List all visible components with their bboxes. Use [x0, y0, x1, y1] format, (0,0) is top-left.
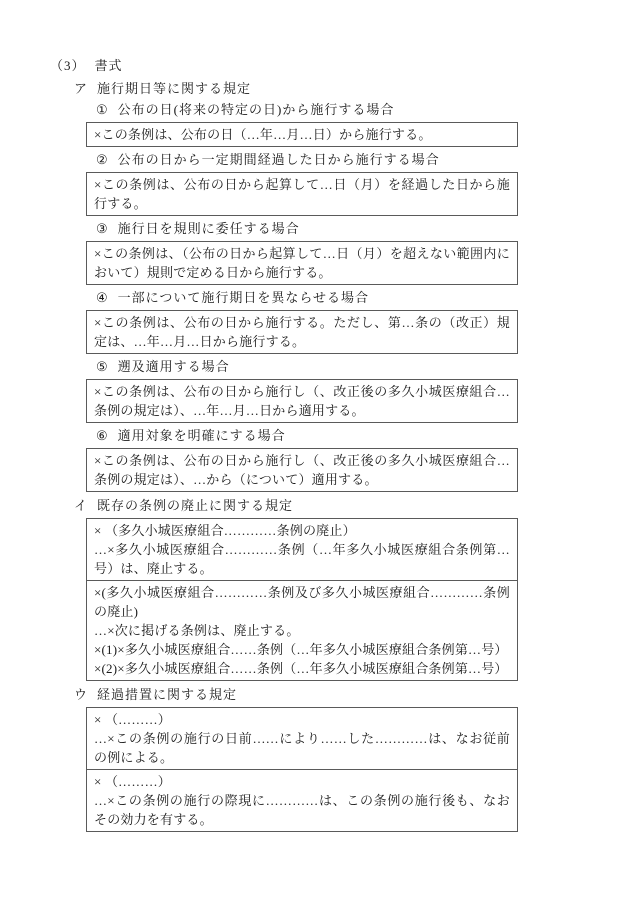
box-text-line: ×(1)×多久小城医療組合……条例（…年多久小城医療組合条例第…号） [94, 640, 510, 659]
box-text-line: …×多久小城医療組合…………条例（…年多久小城医療組合条例第…号）は、廃止する。 [94, 540, 510, 578]
page-title: （3）書式 [50, 57, 580, 75]
section-u-example-box: × （………） …×この条例の施行の日前……により……した…………は、なお従前の… [86, 707, 518, 832]
section-u-cell-1: × （………） …×この条例の施行の日前……により……した…………は、なお従前の… [87, 708, 517, 769]
item-4-example-text: ×この条例は、公布の日から施行する。ただし、第…条の（改正）規定は、…年…月…日… [94, 313, 510, 351]
item-6-example-box: ×この条例は、公布の日から施行し（、改正後の多久小城医療組合…条例の規定は）、…… [86, 448, 518, 492]
box-text-line: × （………） [94, 710, 510, 729]
item-2-number: ② [96, 152, 109, 167]
section-i-cell-1: × （多久小城医療組合…………条例の廃止） …×多久小城医療組合…………条例（…… [87, 519, 517, 580]
item-4-example-box: ×この条例は、公布の日から施行する。ただし、第…条の（改正）規定は、…年…月…日… [86, 310, 518, 354]
item-1-heading: ①公布の日(将来の特定の日)から施行する場合 [96, 102, 580, 118]
section-u-heading: ウ経過措置に関する規定 [74, 687, 580, 703]
section-i-label: イ [74, 498, 88, 513]
item-3-example-box: ×この条例は、（公布の日から起算して…日（月）を超えない範囲内において）規則で定… [86, 241, 518, 285]
section-i-cell-2: ×(多久小城医療組合…………条例及び多久小城医療組合…………条例の廃止) …×次… [87, 580, 517, 680]
item-1-number: ① [96, 102, 109, 117]
item-5-heading: ⑤遡及適用する場合 [96, 359, 580, 375]
item-3-title: 施行日を規則に委任する場合 [118, 221, 300, 236]
section-u-cell-2: × （………） …×この条例の施行の際現に…………は、この条例の施行後も、なおそ… [87, 769, 517, 831]
item-1-example-box: ×この条例は、公布の日（…年…月…日）から施行する。 [86, 122, 518, 147]
item-3-example-text: ×この条例は、（公布の日から起算して…日（月）を超えない範囲内において）規則で定… [94, 244, 510, 282]
document-page: （3）書式 ア施行期日等に関する規定 ①公布の日(将来の特定の日)から施行する場… [0, 0, 630, 903]
section-a-label: ア [74, 81, 88, 96]
section-i-heading: イ既存の条例の廃止に関する規定 [74, 498, 580, 514]
section-a-heading: ア施行期日等に関する規定 [74, 81, 580, 97]
item-6-title: 適用対象を明確にする場合 [118, 428, 286, 443]
item-6-example-text: ×この条例は、公布の日から施行し（、改正後の多久小城医療組合…条例の規定は）、…… [94, 451, 510, 489]
item-4-number: ④ [96, 290, 109, 305]
section-u-label: ウ [74, 687, 88, 702]
item-3-heading: ③施行日を規則に委任する場合 [96, 221, 580, 237]
item-2-example-text: ×この条例は、公布の日から起算して…日（月）を経過した日から施行する。 [94, 175, 510, 213]
item-5-example-box: ×この条例は、公布の日から施行し（、改正後の多久小城医療組合…条例の規定は）、…… [86, 379, 518, 423]
box-text-line: × （………） [94, 772, 510, 791]
item-6-heading: ⑥適用対象を明確にする場合 [96, 428, 580, 444]
item-5-example-text: ×この条例は、公布の日から施行し（、改正後の多久小城医療組合…条例の規定は）、…… [94, 382, 510, 420]
item-6-number: ⑥ [96, 428, 109, 443]
page-title-text: 書式 [95, 58, 123, 73]
box-text-line: ×(2)×多久小城医療組合……条例（…年多久小城医療組合条例第…号） [94, 659, 510, 678]
box-text-line: …×次に掲げる条例は、廃止する。 [94, 621, 510, 640]
section-i-title: 既存の条例の廃止に関する規定 [97, 498, 293, 513]
item-5-title: 遡及適用する場合 [118, 359, 230, 374]
box-text-line: …×この条例の施行の日前……により……した…………は、なお従前の例による。 [94, 729, 510, 767]
item-2-title: 公布の日から一定期間経過した日から施行する場合 [118, 152, 440, 167]
box-text-line: ×(多久小城医療組合…………条例及び多久小城医療組合…………条例の廃止) [94, 583, 510, 621]
box-text-line: × （多久小城医療組合…………条例の廃止） [94, 521, 510, 540]
section-i-example-box: × （多久小城医療組合…………条例の廃止） …×多久小城医療組合…………条例（…… [86, 518, 518, 681]
page-title-number: （3） [50, 58, 86, 73]
section-u-title: 経過措置に関する規定 [97, 687, 237, 702]
item-2-example-box: ×この条例は、公布の日から起算して…日（月）を経過した日から施行する。 [86, 172, 518, 216]
box-text-line: …×この条例の施行の際現に…………は、この条例の施行後も、なおその効力を有する。 [94, 791, 510, 829]
item-3-number: ③ [96, 221, 109, 236]
item-1-title: 公布の日(将来の特定の日)から施行する場合 [118, 102, 395, 117]
item-5-number: ⑤ [96, 359, 109, 374]
item-4-heading: ④一部について施行期日を異ならせる場合 [96, 290, 580, 306]
item-1-example-text: ×この条例は、公布の日（…年…月…日）から施行する。 [94, 125, 510, 144]
item-4-title: 一部について施行期日を異ならせる場合 [118, 290, 369, 305]
item-2-heading: ②公布の日から一定期間経過した日から施行する場合 [96, 152, 580, 168]
section-a-title: 施行期日等に関する規定 [97, 81, 251, 96]
